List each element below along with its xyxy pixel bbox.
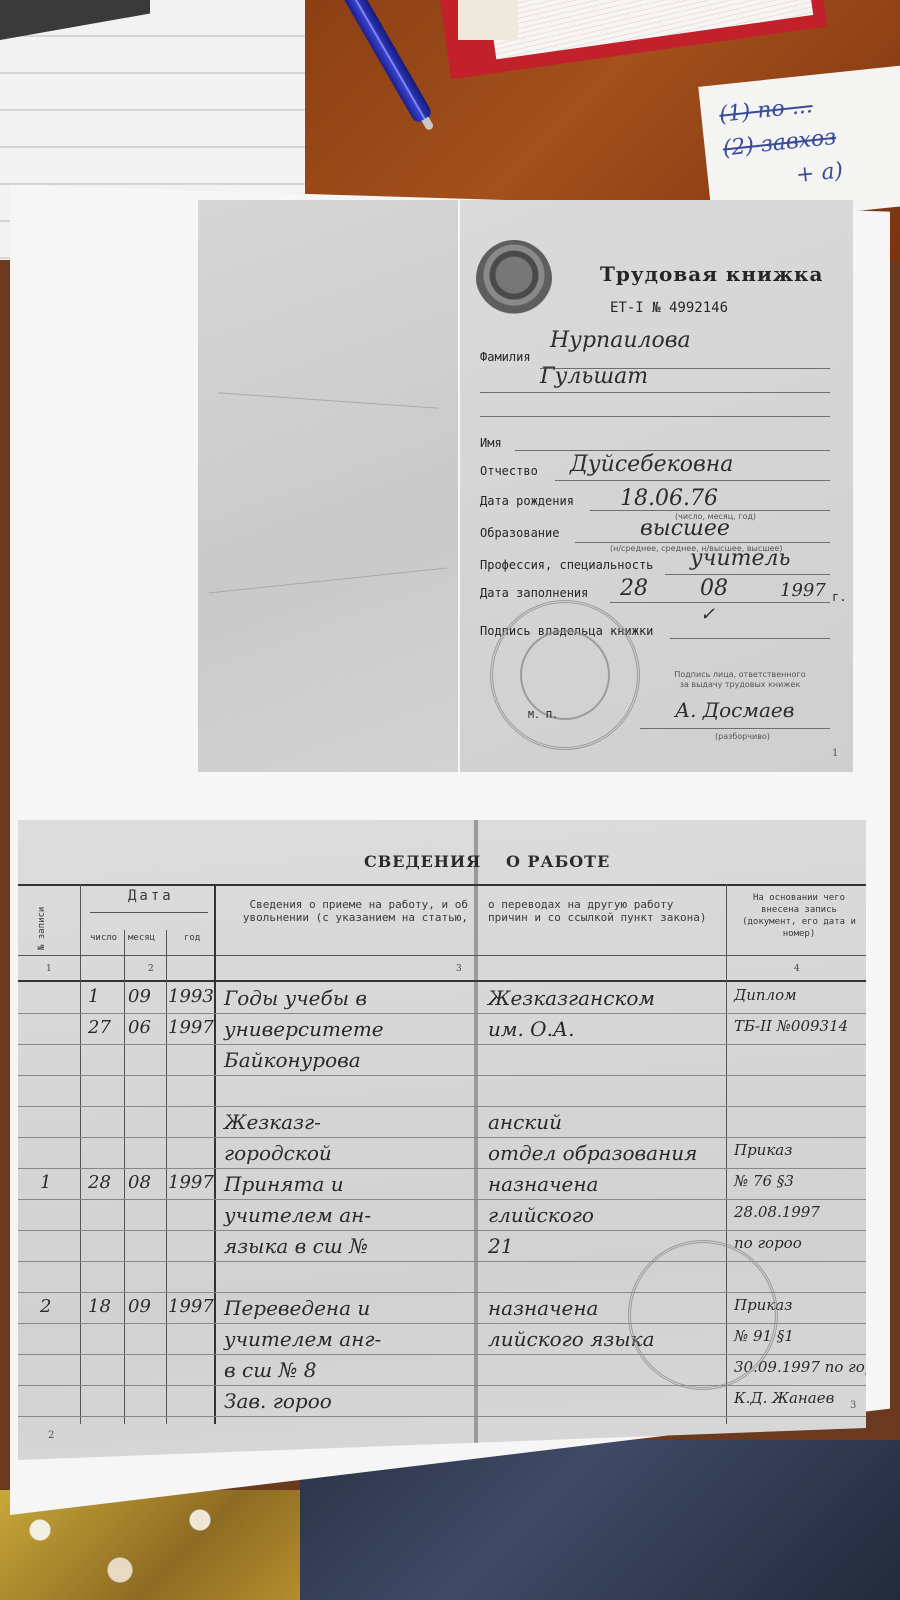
header-record-no: № записи: [36, 907, 49, 950]
cell-text-left: учителем ан-: [224, 1203, 371, 1227]
field-value-profession: учитель: [690, 546, 790, 571]
cell-day: 27: [88, 1017, 111, 1038]
cell-basis: К.Д. Жанаев: [734, 1389, 834, 1407]
page-number-left: 2: [48, 1430, 54, 1441]
cell-text-right: назначена: [488, 1296, 598, 1320]
cell-text-right: 21: [488, 1234, 513, 1258]
cell-month: 08: [128, 1172, 151, 1193]
cell-basis: Диплом: [734, 986, 797, 1004]
row-rule: [18, 1106, 866, 1107]
field-value-fill-month: 08: [700, 576, 728, 601]
row-rule: [18, 1199, 866, 1200]
column-number: 1: [46, 964, 52, 974]
cell-text-right: глийского: [488, 1203, 594, 1227]
field-label-fill-date: Дата заполнения: [480, 586, 588, 600]
header-month: месяц: [128, 932, 155, 945]
section-title-left: СВЕДЕНИЯ: [364, 852, 481, 871]
field-line: [480, 416, 830, 417]
cell-month: 06: [128, 1017, 151, 1038]
cell-text-right: назначена: [488, 1172, 598, 1196]
cell-no: 1: [40, 1172, 51, 1193]
row-rule: [18, 1168, 866, 1169]
column-number: 3: [456, 964, 462, 974]
cell-text-left: городской: [224, 1141, 332, 1165]
field-value-surname-2: Гульшат: [540, 364, 648, 389]
cell-text-left: Переведена и: [224, 1296, 370, 1320]
header-date: Дата: [128, 890, 174, 903]
field-value-birthdate: 18.06.76: [620, 486, 718, 511]
col-rule: [80, 884, 81, 1424]
row-rule: [18, 1416, 866, 1417]
cell-day: 28: [88, 1172, 111, 1193]
owner-signature-mark: ✓: [700, 604, 715, 625]
field-label-name: Имя: [480, 436, 502, 450]
column-number: 4: [794, 964, 800, 974]
cell-basis: 28.08.1997: [734, 1203, 820, 1221]
field-line: [515, 450, 830, 451]
field-label-profession: Профессия, специальность: [480, 558, 653, 572]
stamp-label: М. П.: [528, 710, 558, 721]
ussr-emblem-icon: [476, 240, 552, 318]
page-number-right: 3: [850, 1400, 856, 1411]
cell-basis: № 76 §3: [734, 1172, 794, 1190]
crease: [209, 567, 448, 593]
row-rule: [18, 1075, 866, 1076]
crease: [218, 392, 438, 408]
field-line: [665, 574, 830, 575]
cell-text-right: отдел образования: [488, 1141, 697, 1165]
book-title: Трудовая книжка: [600, 262, 823, 286]
center-fold: [474, 820, 478, 1460]
field-line: [575, 542, 830, 543]
field-value-fill-year: 1997: [780, 580, 826, 601]
col-rule: [214, 884, 216, 1424]
field-label-patronymic: Отчество: [480, 464, 538, 478]
cell-text-right: анский: [488, 1110, 562, 1134]
field-line: [610, 602, 830, 603]
row-rule: [18, 1137, 866, 1138]
field-value-surname: Нурпаилова: [550, 328, 691, 353]
colnum-rule: [18, 980, 866, 982]
cell-year: 1997: [168, 1017, 214, 1038]
cell-text-left: Байконурова: [224, 1048, 361, 1072]
field-line: [640, 728, 830, 729]
responsible-signature: А. Досмаев: [675, 698, 794, 722]
signature-hint: (разборчиво): [715, 732, 770, 741]
cell-month: 09: [128, 986, 151, 1007]
header-day: число: [90, 932, 117, 945]
header-info-right: о переводах на другую работу причин и со…: [488, 898, 708, 924]
blank-page: [198, 200, 458, 772]
cell-month: 09: [128, 1296, 151, 1317]
column-number: 2: [148, 964, 154, 974]
official-stamp-inner: [520, 630, 610, 720]
row-rule: [18, 1385, 866, 1386]
cell-basis: ТБ-II №009314: [734, 1017, 848, 1035]
field-label-surname: Фамилия: [480, 350, 531, 364]
cell-day: 18: [88, 1296, 111, 1317]
header-basis: На основании чего внесена запись (докуме…: [732, 892, 866, 940]
cell-text-right: Жезказганском: [488, 986, 655, 1010]
row-rule: [18, 1044, 866, 1045]
field-value-fill-day: 28: [620, 576, 648, 601]
cell-year: 1997: [168, 1296, 214, 1317]
date-header-rule: [90, 912, 208, 913]
cell-text-left: учителем анг-: [224, 1327, 381, 1351]
col-rule: [166, 930, 167, 1424]
header-year: год: [184, 932, 200, 945]
work-record-spread: СВЕДЕНИЯ О РАБОТЕ № записи Дата число ме…: [18, 820, 866, 1460]
field-value-education: высшее: [640, 516, 730, 541]
cell-year: 1993: [168, 986, 214, 1007]
cell-basis: Приказ: [734, 1141, 792, 1159]
field-value-patronymic: Дуйсебековна: [570, 452, 733, 477]
title-page: Трудовая книжка ЕТ-I № 4992146 Фамилия Н…: [460, 200, 853, 772]
cell-text-left: Зав. гороо: [224, 1389, 332, 1413]
field-line: [670, 638, 830, 639]
field-label-birthdate: Дата рождения: [480, 494, 574, 508]
cell-text-left: Жезказг-: [224, 1110, 321, 1134]
cell-day: 1: [88, 986, 99, 1007]
field-label-education: Образование: [480, 526, 559, 540]
title-spread: Трудовая книжка ЕТ-I № 4992146 Фамилия Н…: [198, 200, 853, 772]
header-bottom-rule: [18, 955, 866, 956]
cell-text-left: Принята и: [224, 1172, 344, 1196]
cell-basis: по гороо: [734, 1234, 802, 1252]
header-top-rule: [18, 884, 866, 886]
cell-text-left: Годы учебы в: [224, 986, 367, 1010]
book-tab: [458, 0, 518, 40]
official-stamp: [628, 1240, 778, 1390]
cell-text-left: языка в сш №: [224, 1234, 368, 1258]
row-rule: [18, 1230, 866, 1231]
col-rule: [124, 930, 125, 1424]
field-line: [555, 480, 830, 481]
serial-number: ЕТ-I № 4992146: [610, 300, 728, 316]
row-rule: [18, 1013, 866, 1014]
section-title-right: О РАБОТЕ: [506, 852, 610, 871]
cell-text-right: им. О.А.: [488, 1017, 574, 1041]
year-suffix: г.: [832, 590, 846, 604]
responsible-label: Подпись лица, ответственного за выдачу т…: [670, 670, 810, 690]
cell-text-left: университете: [224, 1017, 384, 1041]
page-number: 1: [832, 748, 838, 759]
cell-year: 1997: [168, 1172, 214, 1193]
cell-no: 2: [40, 1296, 51, 1317]
header-info-left: Сведения о приеме на работу, и об увольн…: [236, 898, 468, 924]
field-line: [480, 392, 830, 393]
cell-text-left: в сш № 8: [224, 1358, 317, 1382]
